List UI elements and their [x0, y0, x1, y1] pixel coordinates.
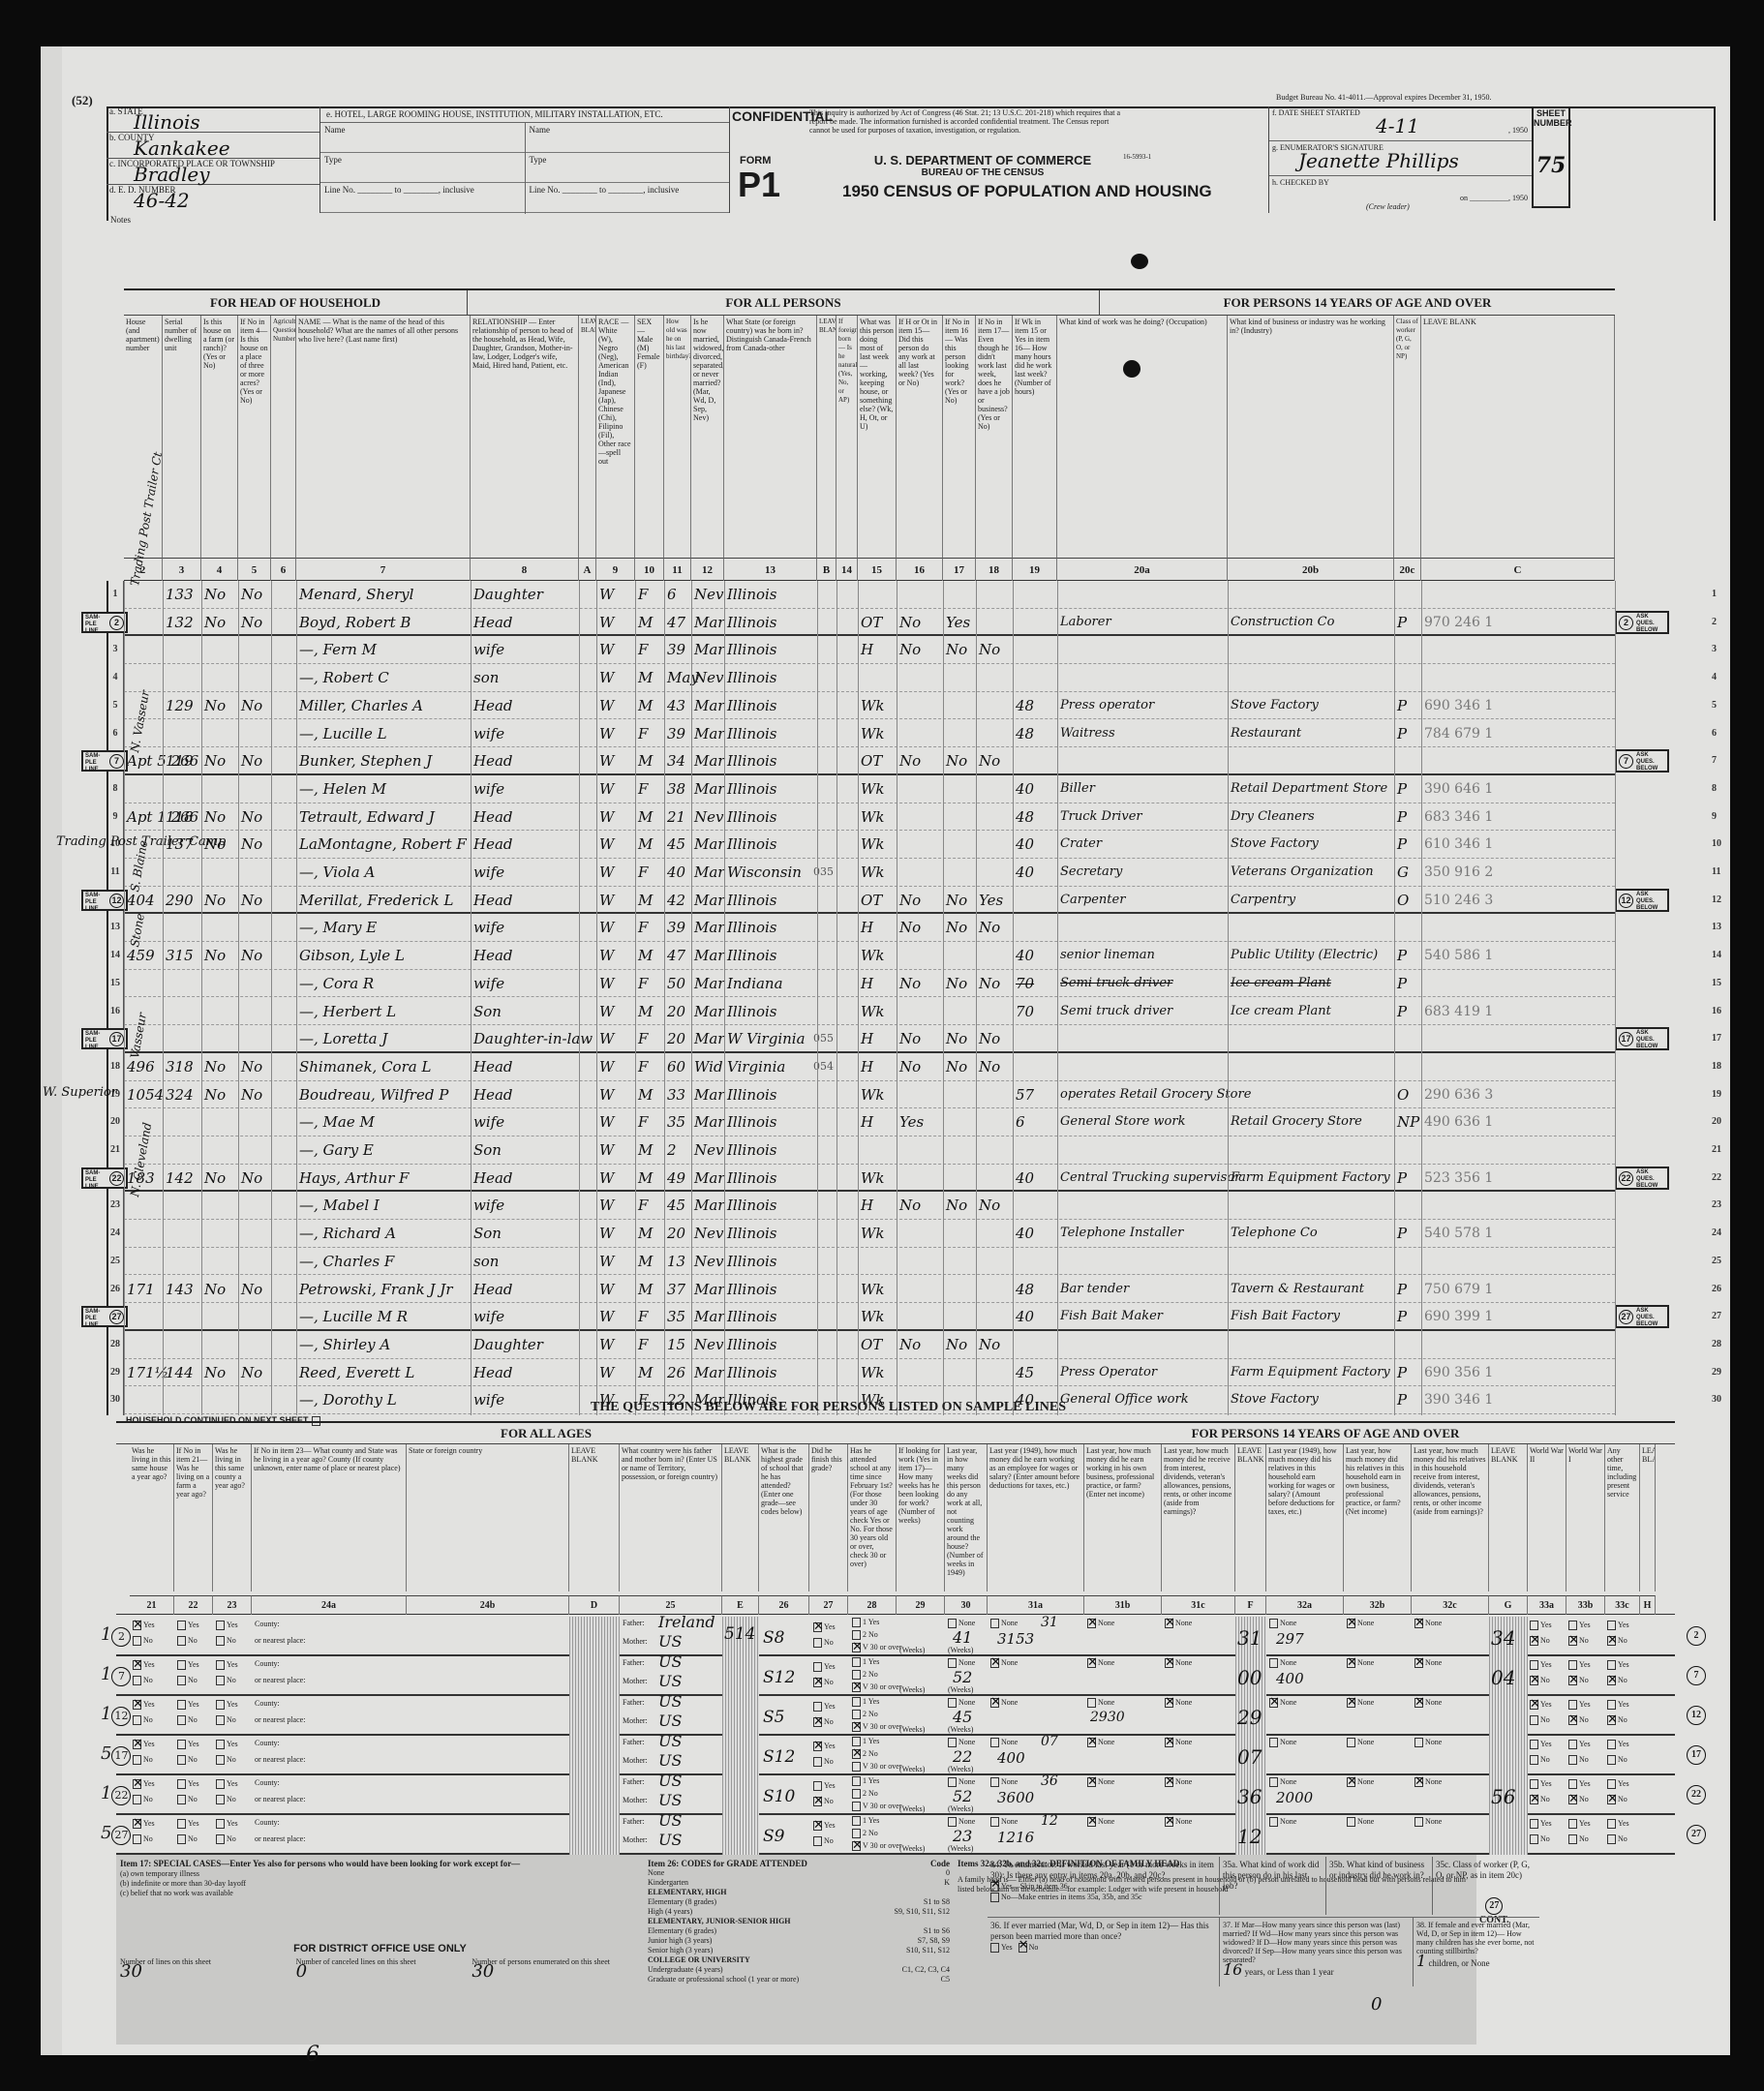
- relatives-business-none[interactable]: None: [1347, 1777, 1374, 1787]
- armed-ww2-yes[interactable]: Yes: [1530, 1819, 1552, 1829]
- cell-sex: F: [638, 1303, 648, 1329]
- years-married: 16: [1223, 1960, 1242, 1979]
- relatives-wages-none[interactable]: None: [1269, 1698, 1296, 1708]
- cell-industry: Telephone Co: [1231, 1220, 1318, 1247]
- own-business-none[interactable]: None: [1087, 1658, 1114, 1668]
- farm-no[interactable]: No: [177, 1834, 198, 1844]
- armed-ww2-yes[interactable]: Yes: [1530, 1740, 1552, 1749]
- cell-occupation: Telephone Installer: [1060, 1220, 1183, 1247]
- cell-occupation: Secretary: [1060, 859, 1122, 886]
- cell-farm: No: [204, 1165, 226, 1191]
- state-field: a. STATEIllinois: [106, 106, 319, 133]
- finished-yes[interactable]: Yes: [813, 1662, 836, 1672]
- armed-ww1-yes[interactable]: Yes: [1568, 1660, 1591, 1670]
- line-number-right: 2: [1712, 617, 1717, 627]
- same-county-yes[interactable]: Yes: [216, 1621, 238, 1630]
- leave-blank-G: [1489, 1696, 1528, 1736]
- q36-yes-checkbox[interactable]: [990, 1943, 999, 1953]
- father-birthplace: US: [658, 1772, 682, 1790]
- same-house-yes[interactable]: Yes: [133, 1819, 155, 1829]
- cell-name: —, Charles F: [299, 1248, 394, 1275]
- cell-race: W: [599, 1165, 614, 1191]
- relatives-business-none[interactable]: None: [1347, 1619, 1374, 1628]
- relatives-wages-none[interactable]: None: [1269, 1619, 1296, 1628]
- cell-birthplace: Illinois: [727, 1108, 777, 1136]
- school-30-or-over[interactable]: V 30 or over: [852, 1762, 902, 1772]
- armed-ww2-no[interactable]: No: [1530, 1795, 1550, 1804]
- finished-yes[interactable]: Yes: [813, 1742, 836, 1751]
- grid-line: [1615, 581, 1616, 1415]
- cell-class: P: [1397, 1359, 1407, 1386]
- wages-amount: 1216: [997, 1829, 1034, 1846]
- column-header-10: SEX — Male (M) Female (F): [635, 316, 664, 558]
- cell-age: 21: [667, 803, 685, 831]
- armed-other-no[interactable]: No: [1607, 1676, 1627, 1685]
- same-county-no[interactable]: No: [216, 1636, 236, 1646]
- relatives-business-none[interactable]: None: [1347, 1817, 1374, 1827]
- cell-hours: 6: [1016, 1108, 1025, 1136]
- father-birthplace: Ireland: [658, 1613, 715, 1631]
- armed-ww1-yes[interactable]: Yes: [1568, 1779, 1591, 1789]
- other-income-none[interactable]: None: [1165, 1619, 1192, 1628]
- line-number-right: 10: [1712, 838, 1721, 849]
- cell-birthplace: Illinois: [727, 692, 777, 719]
- question-35a: 35a. What kind of work did this person d…: [1220, 1857, 1326, 1915]
- relatives-other-none[interactable]: None: [1414, 1619, 1442, 1628]
- armed-other-yes[interactable]: Yes: [1607, 1819, 1629, 1829]
- finished-no[interactable]: No: [813, 1836, 834, 1846]
- same-house-yes[interactable]: Yes: [133, 1660, 155, 1670]
- school-30-or-over[interactable]: V 30 or over: [852, 1722, 902, 1732]
- school-yes[interactable]: 1 Yes: [852, 1657, 879, 1667]
- relatives-other-none[interactable]: None: [1414, 1698, 1442, 1708]
- mother-birthplace: US: [658, 1791, 682, 1809]
- armed-other-no[interactable]: No: [1607, 1834, 1627, 1844]
- cell-sex: F: [638, 775, 648, 803]
- sample-column-number-30: 30: [945, 1595, 988, 1615]
- grade-code-row: ELEMENTARY, JUNIOR-SENIOR HIGH: [648, 1917, 950, 1926]
- cell-serial: 129: [166, 692, 194, 719]
- cell-serial: 318: [166, 1053, 194, 1080]
- own-business-none[interactable]: None: [1087, 1738, 1114, 1747]
- grade-attended: S8: [763, 1628, 784, 1648]
- armed-other-yes[interactable]: Yes: [1607, 1660, 1629, 1670]
- county-field[interactable]: County:or nearest place:: [255, 1739, 305, 1764]
- weeks-label: (Weeks): [948, 1804, 973, 1813]
- armed-other-yes[interactable]: Yes: [1607, 1779, 1629, 1789]
- cell-sex: M: [638, 692, 653, 719]
- school-30-or-over[interactable]: V 30 or over: [852, 1841, 902, 1851]
- parents-birthplace-labels: Father:Mother:: [623, 1619, 648, 1646]
- school-yes[interactable]: 1 Yes: [852, 1816, 879, 1826]
- armed-other-yes[interactable]: Yes: [1607, 1740, 1629, 1749]
- same-house-yes[interactable]: Yes: [133, 1779, 155, 1789]
- armed-ww2-no[interactable]: No: [1530, 1636, 1550, 1646]
- cell-class: O: [1397, 1081, 1409, 1108]
- finished-no[interactable]: No: [813, 1678, 834, 1687]
- weeks-label: (Weeks): [948, 1685, 973, 1694]
- school-30-or-over[interactable]: V 30 or over: [852, 1643, 902, 1652]
- same-house-no[interactable]: No: [133, 1834, 153, 1844]
- cell-industry: Ice cream Plant: [1231, 970, 1331, 997]
- armed-ww2-yes[interactable]: Yes: [1530, 1621, 1552, 1630]
- same-house-no[interactable]: No: [133, 1676, 153, 1685]
- same-house-no[interactable]: No: [133, 1636, 153, 1646]
- armed-ww2-no[interactable]: No: [1530, 1715, 1550, 1725]
- cell-class: P: [1397, 1276, 1407, 1303]
- armed-ww1-yes[interactable]: Yes: [1568, 1819, 1591, 1829]
- census-row: 183142NoNoHays, Arthur FHeadWM49MarIllin…: [124, 1165, 1615, 1193]
- wages-amount: 3600: [997, 1789, 1034, 1806]
- school-yes[interactable]: 1 Yes: [852, 1618, 879, 1627]
- cell-code: 510 246 3: [1424, 887, 1493, 913]
- cell-rel: Head: [473, 1276, 513, 1303]
- armed-ww2-yes[interactable]: Yes: [1530, 1700, 1552, 1710]
- farm-no[interactable]: No: [177, 1676, 198, 1685]
- cell-occupation: operates Retail Grocery Store: [1060, 1081, 1251, 1108]
- other-income-none[interactable]: None: [1165, 1817, 1192, 1827]
- cell-race: W: [599, 720, 614, 747]
- finished-no[interactable]: No: [813, 1757, 834, 1767]
- wages-amount: 400: [997, 1749, 1025, 1767]
- own-business-none[interactable]: None: [1087, 1698, 1114, 1708]
- armed-ww2-no[interactable]: No: [1530, 1834, 1550, 1844]
- column-number-13: 13: [724, 558, 817, 581]
- farm-yes[interactable]: Yes: [177, 1819, 199, 1829]
- farm-no[interactable]: No: [177, 1636, 198, 1646]
- cell-serial: 290: [166, 887, 194, 913]
- grade-attended: S9: [763, 1827, 784, 1846]
- cell-sex: F: [638, 1331, 648, 1358]
- column-number-18: 18: [976, 558, 1013, 581]
- finished-no[interactable]: No: [813, 1638, 834, 1648]
- same-house-no[interactable]: No: [133, 1755, 153, 1765]
- grid-line: [579, 581, 580, 1415]
- county-field[interactable]: County:or nearest place:: [255, 1620, 305, 1645]
- cell-age: 50: [667, 970, 685, 997]
- wages-none[interactable]: None: [990, 1777, 1018, 1787]
- armed-ww1-no[interactable]: No: [1568, 1636, 1589, 1646]
- relatives-other-none[interactable]: None: [1414, 1777, 1442, 1787]
- finished-yes[interactable]: Yes: [813, 1781, 836, 1791]
- weeks-worked-none[interactable]: None: [948, 1777, 975, 1787]
- cell-sex: M: [638, 1136, 653, 1164]
- cell-sex: M: [638, 1276, 653, 1303]
- column-number-C: C: [1421, 558, 1615, 581]
- column-header-8: RELATIONSHIP — Enter relationship of per…: [471, 316, 579, 558]
- cell-name: —, Helen M: [299, 775, 386, 803]
- cell-name: —, Mae M: [299, 1108, 375, 1136]
- cell-birthplace: W Virginia: [727, 1025, 806, 1051]
- cell-race: W: [599, 1136, 614, 1164]
- census-row: —, Mae MwifeWF35MarIllinoisHYes6General …: [124, 1108, 1615, 1136]
- sample-column-number-G: G: [1489, 1595, 1528, 1615]
- checked-by-field: h. CHECKED BYon __________, 1950(Crew le…: [1269, 176, 1532, 211]
- cell-code: 610 346 1: [1424, 831, 1493, 858]
- line-number-right: 6: [1712, 728, 1717, 739]
- finished-yes[interactable]: Yes: [813, 1622, 836, 1632]
- relatives-other-none[interactable]: None: [1414, 1817, 1442, 1827]
- q36-no-checkbox[interactable]: [1019, 1943, 1027, 1953]
- cell-looking: No: [946, 1192, 967, 1219]
- cell-sex: F: [638, 970, 648, 997]
- armed-ww1-yes[interactable]: Yes: [1568, 1740, 1591, 1749]
- own-business-none[interactable]: None: [1087, 1777, 1114, 1787]
- q34-yes-checkbox[interactable]: [990, 1882, 999, 1892]
- county-field[interactable]: County:or nearest place:: [255, 1818, 305, 1843]
- farm-yes[interactable]: Yes: [177, 1700, 199, 1710]
- census-row: 171143NoNoPetrowski, Frank J JrHeadWM37M…: [124, 1276, 1615, 1304]
- code-f: 12: [1237, 1825, 1262, 1848]
- cell-industry: Public Utility (Electric): [1231, 942, 1378, 969]
- same-county-yes[interactable]: Yes: [216, 1779, 238, 1789]
- armed-ww1-yes[interactable]: Yes: [1568, 1700, 1591, 1710]
- cell-acres: No: [241, 609, 262, 635]
- cell-looking: No: [946, 747, 967, 773]
- cell-activity: Wk: [861, 1220, 885, 1247]
- armed-ww1-no[interactable]: No: [1568, 1755, 1589, 1765]
- armed-other-no[interactable]: No: [1607, 1795, 1627, 1804]
- same-county-no[interactable]: No: [216, 1755, 236, 1765]
- cell-class: P: [1397, 803, 1407, 831]
- cell-activity: H: [861, 636, 873, 663]
- same-house-yes[interactable]: Yes: [133, 1621, 155, 1630]
- cell-birthplace: Illinois: [727, 664, 777, 691]
- date-field: f. DATE SHEET STARTED4-11, 1950: [1269, 106, 1532, 141]
- farm-yes[interactable]: Yes: [177, 1660, 199, 1670]
- armed-ww2-no[interactable]: No: [1530, 1755, 1550, 1765]
- armed-other-no[interactable]: No: [1607, 1755, 1627, 1765]
- cell-age: 38: [667, 775, 685, 803]
- cell-marital: Mar: [694, 1276, 724, 1303]
- census-row: 404290NoNoMerillat, Frederick LHeadWM42M…: [124, 887, 1615, 915]
- armed-ww1-no[interactable]: No: [1568, 1795, 1589, 1804]
- school-yes[interactable]: 1 Yes: [852, 1776, 879, 1786]
- cell-name: Petrowski, Frank J Jr: [299, 1276, 453, 1303]
- armed-other-no[interactable]: No: [1607, 1636, 1627, 1646]
- mother-birthplace: US: [658, 1632, 682, 1651]
- cell-birthplace: Illinois: [727, 775, 777, 803]
- cell-name: Tetrault, Edward J: [299, 803, 435, 831]
- other-income-none[interactable]: None: [1165, 1738, 1192, 1747]
- farm-no[interactable]: No: [177, 1715, 198, 1725]
- same-county-no[interactable]: No: [216, 1795, 236, 1804]
- cell-race: W: [599, 1220, 614, 1247]
- county-field[interactable]: County:or nearest place:: [255, 1778, 305, 1803]
- code-f: 07: [1237, 1745, 1262, 1769]
- farm-no[interactable]: No: [177, 1795, 198, 1804]
- county-field[interactable]: County:or nearest place:: [255, 1659, 305, 1684]
- same-county-no[interactable]: No: [216, 1715, 236, 1725]
- armed-ww2-no[interactable]: No: [1530, 1676, 1550, 1685]
- line-number-right: 3: [1712, 644, 1717, 654]
- leave-blank-D: [569, 1656, 620, 1696]
- sample-column-header-F: LEAVE BLANK: [1235, 1444, 1266, 1591]
- farm-yes[interactable]: Yes: [177, 1740, 199, 1749]
- armed-ww2-yes[interactable]: Yes: [1530, 1660, 1552, 1670]
- wages-none[interactable]: None: [990, 1658, 1018, 1668]
- same-county-no[interactable]: No: [216, 1834, 236, 1844]
- relatives-business-none[interactable]: None: [1347, 1738, 1374, 1747]
- cell-farm: No: [204, 609, 226, 635]
- column-header-18: If No in item 17— Even though he didn't …: [976, 316, 1013, 558]
- cell-marital: Mar: [694, 747, 724, 773]
- armed-ww2-yes[interactable]: Yes: [1530, 1779, 1552, 1789]
- school-no[interactable]: 2 No: [852, 1789, 878, 1799]
- armed-other-no[interactable]: No: [1607, 1715, 1627, 1725]
- cell-rel: wife: [473, 636, 504, 663]
- sample-column-number-26: 26: [759, 1595, 809, 1615]
- q34-no-checkbox[interactable]: [990, 1893, 999, 1902]
- cell-birthplace: Indiana: [727, 970, 783, 997]
- school-no[interactable]: 2 No: [852, 1749, 878, 1759]
- other-income-none[interactable]: None: [1165, 1658, 1192, 1668]
- same-county-no[interactable]: No: [216, 1676, 236, 1685]
- cell-race: W: [599, 1303, 614, 1329]
- relatives-wages-none[interactable]: None: [1269, 1658, 1296, 1668]
- cell-activity: OT: [861, 1331, 882, 1358]
- relatives-other-none[interactable]: None: [1414, 1658, 1442, 1668]
- ink-blot: [1131, 254, 1148, 269]
- cell-age: 35: [667, 1303, 685, 1329]
- cell-activity: OT: [861, 747, 882, 773]
- relatives-wages-none[interactable]: None: [1269, 1777, 1296, 1787]
- same-house-no[interactable]: No: [133, 1715, 153, 1725]
- armed-ww1-no[interactable]: No: [1568, 1676, 1589, 1685]
- grid-line: [817, 581, 818, 1415]
- column-header-C: LEAVE BLANK: [1421, 316, 1615, 558]
- armed-ww1-no[interactable]: No: [1568, 1834, 1589, 1844]
- cell-birthplace: Illinois: [727, 1081, 777, 1108]
- cell-class: P: [1397, 1303, 1407, 1329]
- weeks-worked-none[interactable]: None: [948, 1698, 975, 1708]
- cell-birthplace: Illinois: [727, 581, 777, 608]
- cell-age: 40: [667, 859, 685, 886]
- wages-none[interactable]: None: [990, 1698, 1018, 1708]
- form-id: P1: [738, 165, 780, 205]
- grid-line: [1057, 581, 1058, 1415]
- relatives-business-none[interactable]: None: [1347, 1698, 1374, 1708]
- sample-column-number-33b: 33b: [1566, 1595, 1605, 1615]
- relatives-wages-none[interactable]: None: [1269, 1817, 1296, 1827]
- same-county-yes[interactable]: Yes: [216, 1740, 238, 1749]
- armed-ww1-yes[interactable]: Yes: [1568, 1621, 1591, 1630]
- weeks-worked-none[interactable]: None: [948, 1817, 975, 1827]
- same-house-yes[interactable]: Yes: [133, 1700, 155, 1710]
- other-income-none[interactable]: None: [1165, 1698, 1192, 1708]
- cell-marital: Mar: [694, 1108, 724, 1136]
- farm-no[interactable]: No: [177, 1755, 198, 1765]
- weeks-worked-none[interactable]: None: [948, 1619, 975, 1628]
- wages-code: 36: [1041, 1773, 1058, 1789]
- father-birthplace: US: [658, 1652, 682, 1671]
- cell-marital: Nev: [694, 1136, 723, 1164]
- finished-no[interactable]: No: [813, 1797, 834, 1806]
- same-house-no[interactable]: No: [133, 1795, 153, 1804]
- cell-work: No: [899, 747, 921, 773]
- sample-column-header-H: LEAVE BLANK: [1640, 1444, 1656, 1591]
- armed-ww1-no[interactable]: No: [1568, 1715, 1589, 1725]
- grade-code-row: None0: [648, 1868, 950, 1878]
- grid-line: [836, 581, 837, 1415]
- farm-yes[interactable]: Yes: [177, 1779, 199, 1789]
- cell-rel: Head: [473, 747, 513, 773]
- cell-age: 20: [667, 1025, 685, 1051]
- cell-sex: M: [638, 1165, 653, 1191]
- wages-none[interactable]: None: [990, 1738, 1018, 1747]
- cell-birthplace: Illinois: [727, 1331, 777, 1358]
- same-county-yes[interactable]: Yes: [216, 1660, 238, 1670]
- cell-race: W: [599, 1192, 614, 1219]
- children-count: 1: [1416, 1952, 1426, 1970]
- wages-none[interactable]: None: [990, 1619, 1018, 1628]
- county-field[interactable]: County:or nearest place:: [255, 1699, 305, 1724]
- department: U. S. DEPARTMENT OF COMMERCE BUREAU OF T…: [842, 153, 1123, 178]
- cell-farm: No: [204, 581, 226, 608]
- relatives-wages: 297: [1276, 1630, 1304, 1648]
- cell-age: 42: [667, 887, 685, 913]
- weeks-worked-none[interactable]: None: [948, 1658, 975, 1668]
- census-row: —, Lucille LwifeWF39MarIllinoisWk48Waitr…: [124, 720, 1615, 748]
- grade-code-row: KindergartenK: [648, 1878, 950, 1888]
- same-county-yes[interactable]: Yes: [216, 1700, 238, 1710]
- own-business-none[interactable]: None: [1087, 1619, 1114, 1628]
- armed-other-yes[interactable]: Yes: [1607, 1621, 1629, 1630]
- column-header-B: LEAVE BLANK: [817, 316, 836, 558]
- other-income-none[interactable]: None: [1165, 1777, 1192, 1787]
- cell-birthplace: Illinois: [727, 609, 777, 635]
- lower-section-title: THE QUESTIONS BELOW ARE FOR PERSONS LIST…: [591, 1400, 1066, 1415]
- sample-line-badge: SAM-PLELINE27: [81, 1306, 128, 1327]
- cell-marital: Nev: [694, 803, 723, 831]
- school-30-or-over[interactable]: V 30 or over: [852, 1682, 902, 1692]
- same-county-yes[interactable]: Yes: [216, 1819, 238, 1829]
- cell-marital: Nev: [694, 581, 723, 608]
- weeks-worked-none[interactable]: None: [948, 1738, 975, 1747]
- relatives-business-none[interactable]: None: [1347, 1658, 1374, 1668]
- group-over-14: FOR PERSONS 14 YEARS OF AGE AND OVER: [1100, 290, 1615, 316]
- finished-no[interactable]: No: [813, 1717, 834, 1727]
- armed-other-yes[interactable]: Yes: [1607, 1700, 1629, 1710]
- cell-marital: Nev: [694, 664, 723, 691]
- line-number: 14: [106, 950, 124, 960]
- weeks-label: (Weeks): [899, 1804, 925, 1813]
- cell-name: Shimanek, Cora L: [299, 1053, 431, 1080]
- column-number-19: 19: [1013, 558, 1057, 581]
- finished-yes[interactable]: Yes: [813, 1702, 836, 1712]
- farm-yes[interactable]: Yes: [177, 1621, 199, 1630]
- sample-column-number-F: F: [1235, 1595, 1266, 1615]
- relatives-wages-none[interactable]: None: [1269, 1738, 1296, 1747]
- cell-code: 683 346 1: [1424, 803, 1493, 831]
- sample-column-number-33a: 33a: [1528, 1595, 1566, 1615]
- sample-line-badge: SAM-PLELINE12: [81, 890, 128, 911]
- wages-none[interactable]: None: [990, 1817, 1018, 1827]
- same-house-yes[interactable]: Yes: [133, 1740, 155, 1749]
- school-yes[interactable]: 1 Yes: [852, 1697, 879, 1707]
- own-business-none[interactable]: None: [1087, 1817, 1114, 1827]
- sample-column-header-33c: Any other time, including present servic…: [1605, 1444, 1640, 1591]
- cell-sex: F: [638, 859, 648, 886]
- school-30-or-over[interactable]: V 30 or over: [852, 1802, 902, 1811]
- weeks-label: (Weeks): [948, 1765, 973, 1773]
- relatives-other-none[interactable]: None: [1414, 1738, 1442, 1747]
- budget-note: Budget Bureau No. 41-4011.—Approval expi…: [1276, 93, 1492, 102]
- cell-class: P: [1397, 1386, 1407, 1413]
- cell-age: 39: [667, 636, 685, 663]
- finished-yes[interactable]: Yes: [813, 1821, 836, 1831]
- cell-occupation: Semi truck driver: [1060, 998, 1172, 1025]
